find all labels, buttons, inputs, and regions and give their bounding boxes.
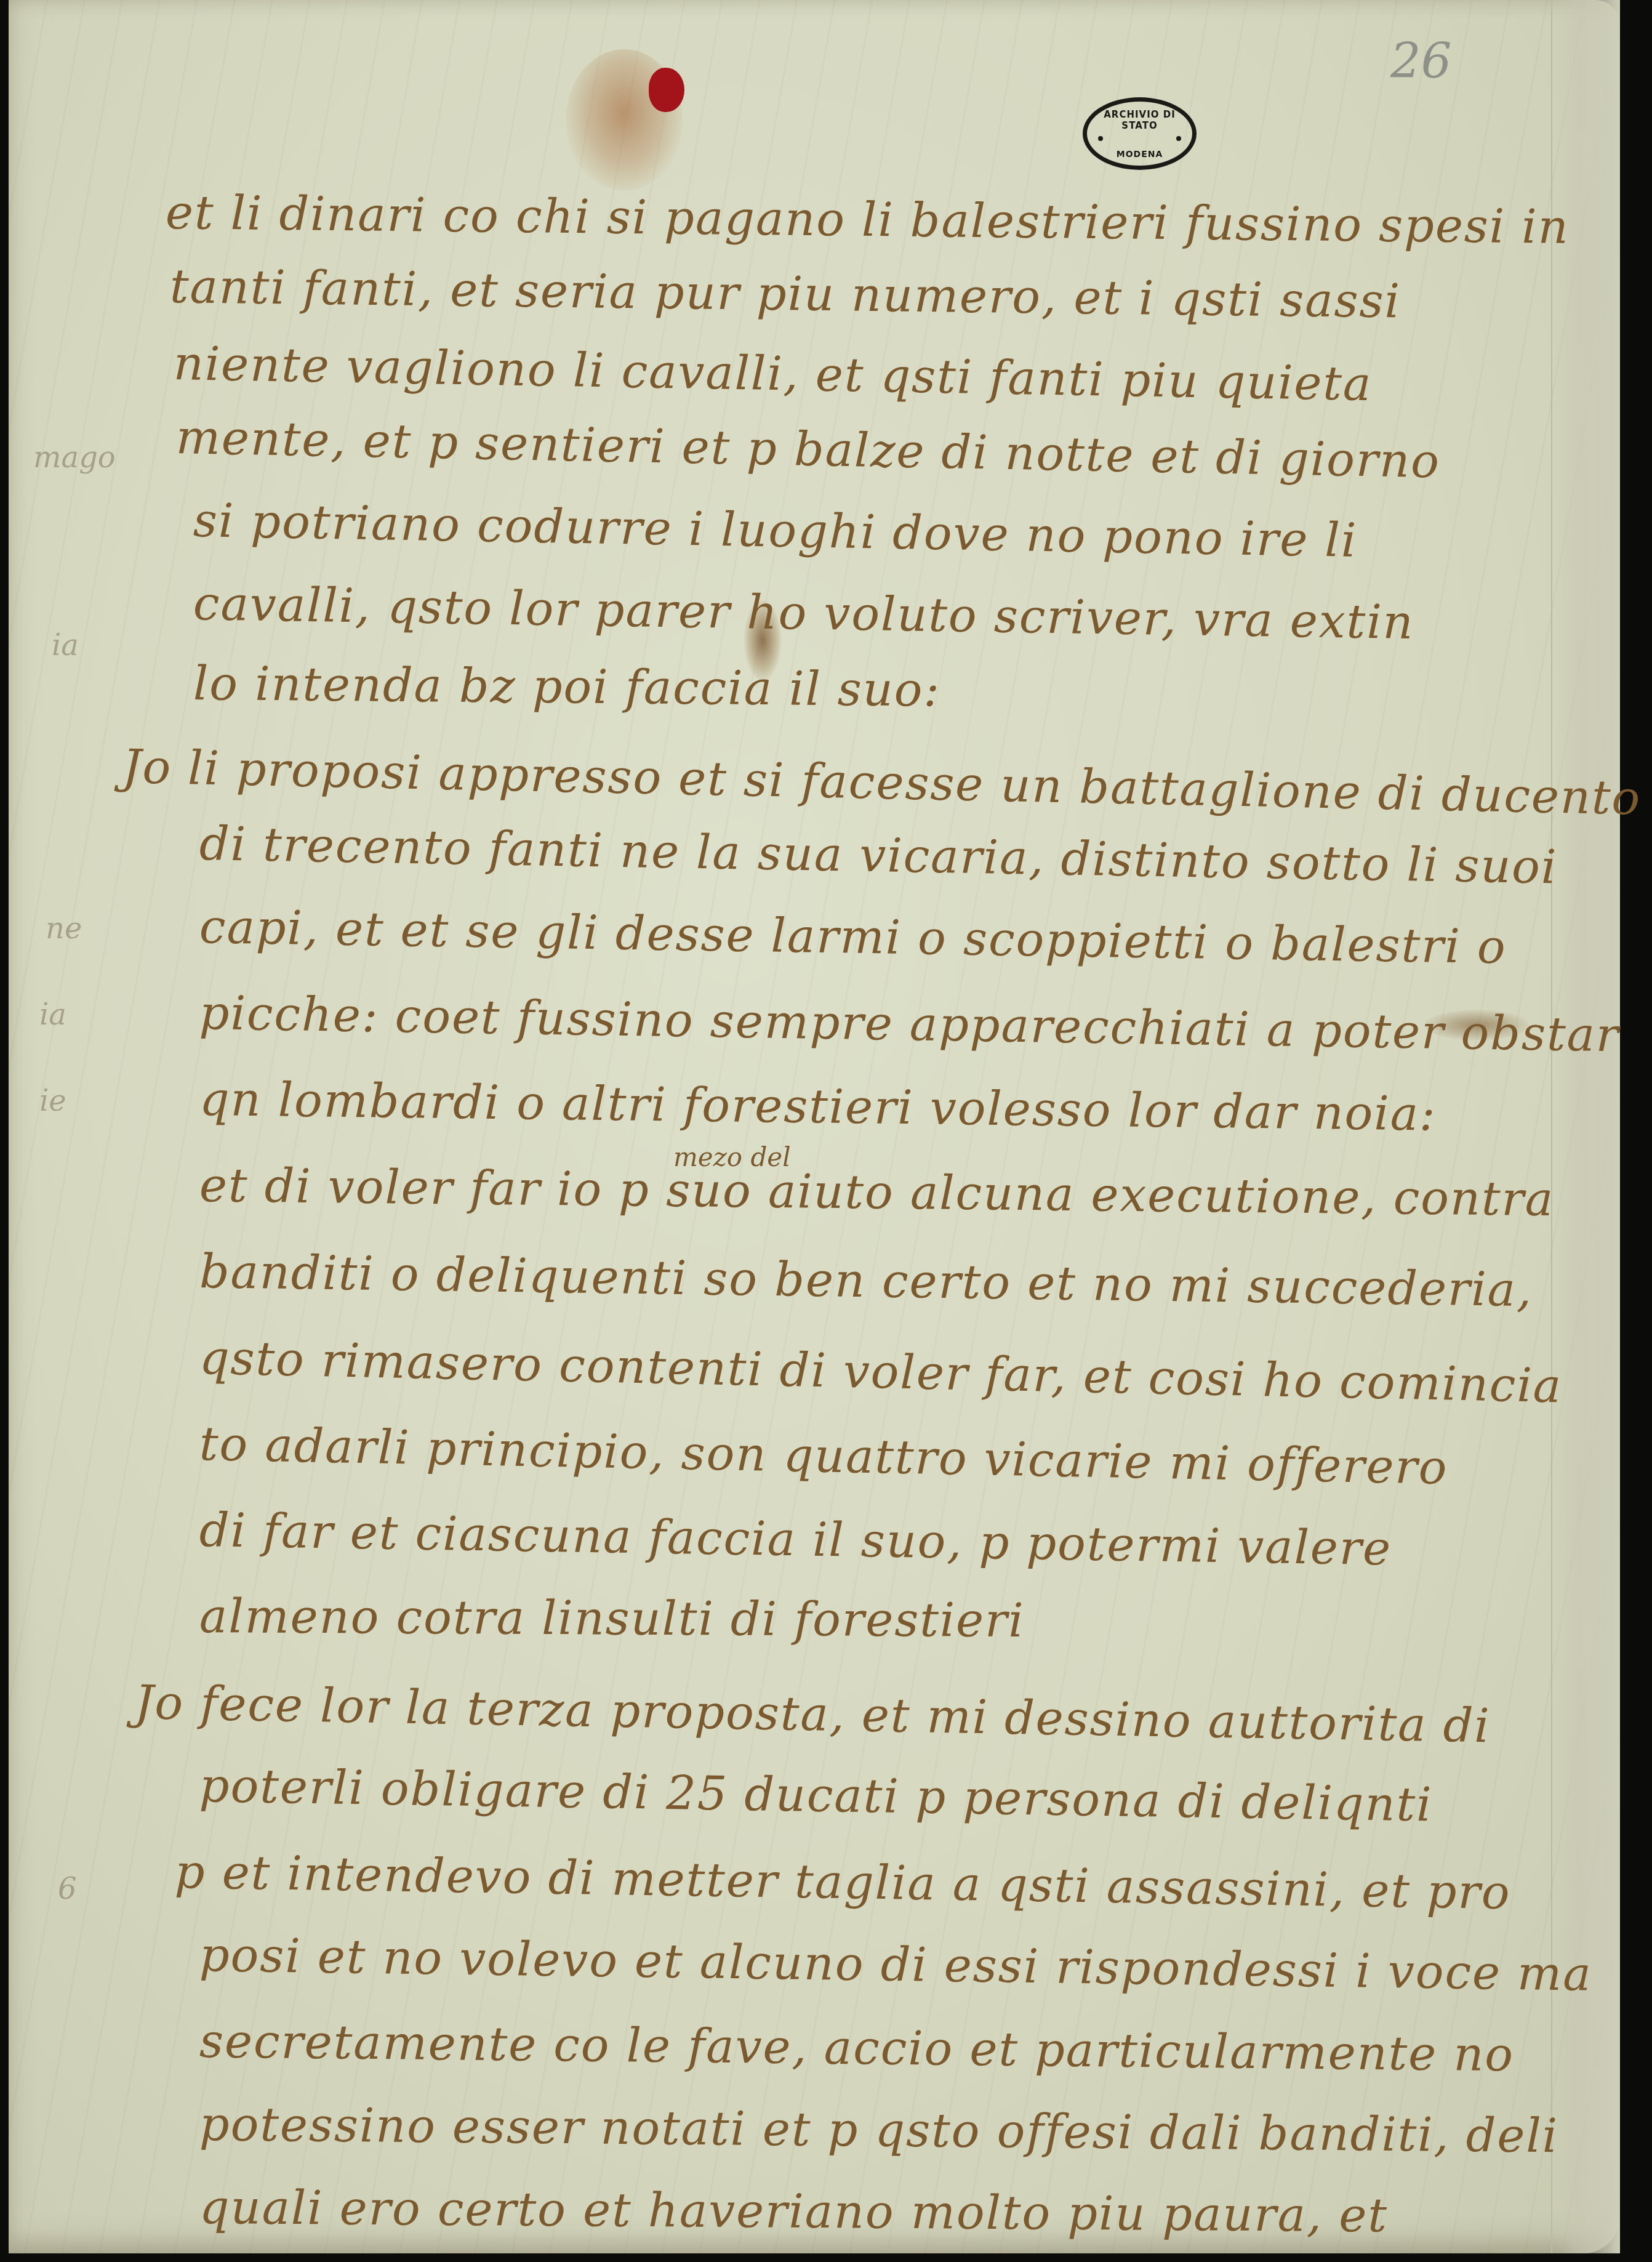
text-line: Jo fece lor la terza proposta, et mi des… <box>134 1675 1491 1753</box>
text-line: quali ero certo et haveriano molto piu p… <box>199 2179 1388 2242</box>
text-line: niente vagliono li cavalli, et qsti fant… <box>173 336 1373 411</box>
text-line: lo intenda bz poi faccia il suo: <box>193 656 941 717</box>
text-line: di far et ciascuna faccia il suo, p pote… <box>199 1502 1392 1576</box>
text-line: et di voler far io p suo aiuto alcuna ex… <box>199 1157 1555 1226</box>
text-line: tanti fanti, et seria pur piu numero, et… <box>169 259 1401 328</box>
text-line: poterli obligare di 25 ducati p persona … <box>199 1758 1433 1832</box>
text-line: Jo li proposi appresso et si facesse un … <box>122 739 1652 826</box>
text-line: qn lombardi o altri forestieri volesso l… <box>199 1071 1437 1141</box>
text-line: mente, et p sentieri et p balze di notte… <box>175 409 1441 488</box>
text-line: posi et no volevo et alcuno di essi risp… <box>199 1927 1592 2002</box>
text-line: almeno cotra linsulti di forestieri <box>199 1588 1025 1648</box>
text-line: p et intendevo di metter taglia a qsti a… <box>174 1844 1511 1920</box>
text-line: si potriano codurre i luoghi dove no pon… <box>193 493 1358 568</box>
text-line: capi, et et se gli desse larmi o scoppie… <box>199 899 1507 974</box>
text-line: to adarli principio, son quattro vicarie… <box>199 1416 1448 1495</box>
text-line: secretamente co le fave, accio et partic… <box>199 2013 1515 2082</box>
text-line: et li dinari co chi si pagano li balestr… <box>166 185 1570 254</box>
text-line: qsto rimasero contenti di voler far, et … <box>199 1330 1563 1413</box>
text-line: di trecento fanti ne la sua vicaria, dis… <box>199 816 1558 894</box>
text-line: potessino esser notati et p qsto offesi … <box>199 2096 1559 2163</box>
text-line: banditi o deliquenti so ben certo et no … <box>199 1244 1533 1317</box>
text-line: picche: coet fussino sempre apparecchiat… <box>199 985 1620 1062</box>
manuscript-page: ARCHIVIO DI STATO MODENA 26 mago ia ne i… <box>9 0 1620 2253</box>
text-line: cavalli, qsto lor parer ho voluto scrive… <box>193 576 1414 650</box>
letter-body: et li dinari co chi si pagano li balestr… <box>9 0 1620 2253</box>
